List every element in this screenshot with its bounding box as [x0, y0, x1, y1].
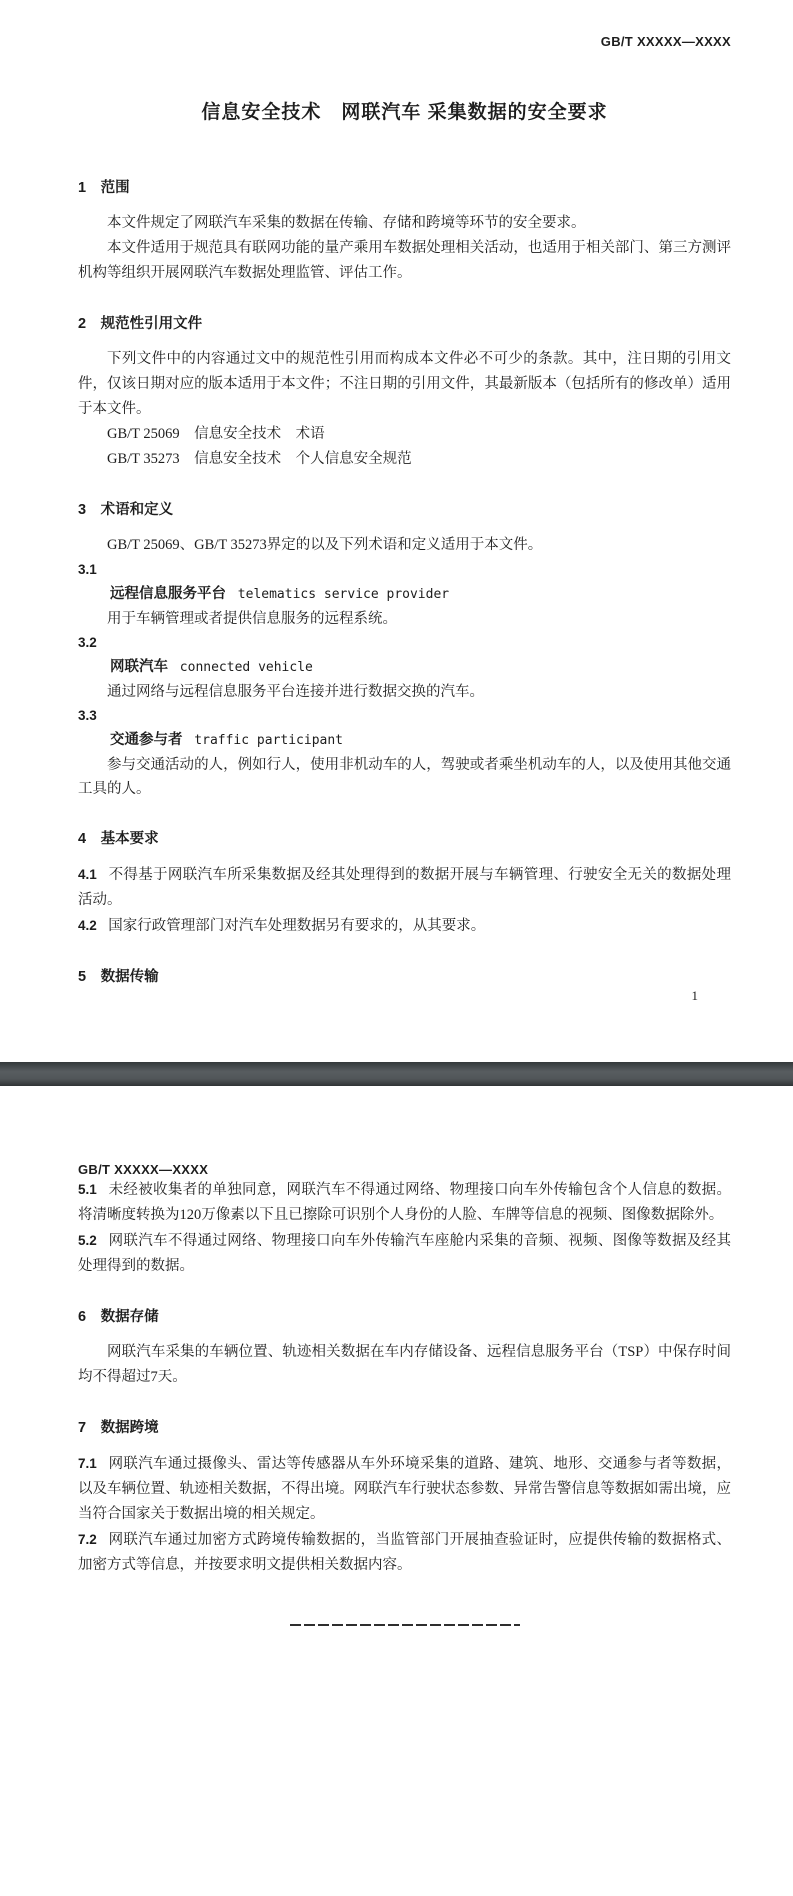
clause-5-2: 5.2网联汽车不得通过网络、物理接口向车外传输汽车座舱内采集的音频、视频、图像等… [78, 1228, 731, 1279]
term-3-1-number: 3.1 [78, 558, 731, 582]
section-3-intro: GB/T 25069、GB/T 35273界定的以及下列术语和定义适用于本文件。 [78, 533, 731, 558]
section-4-heading: 4 基本要求 [78, 827, 731, 848]
clause-7-1: 7.1网联汽车通过摄像头、雷达等传感器从车外环境采集的道路、建筑、地形、交通参与… [78, 1451, 731, 1527]
term-3-1-definition: 用于车辆管理或者提供信息服务的远程系统。 [78, 607, 731, 631]
term-3-2-name-zh: 网联汽车 [110, 659, 168, 675]
document-page-2: GB/T XXXXX—XXXX 5.1未经被收集者的单独同意，网联汽车不得通过网… [0, 1086, 793, 1896]
clause-4-1-text: 不得基于网联汽车所采集数据及经其处理得到的数据开展与车辆管理、行驶安全无关的数据… [78, 867, 731, 908]
clause-7-2-text: 网联汽车通过加密方式跨境传输数据的，当监管部门开展抽查验证时，应提供传输的数据格… [78, 1532, 731, 1573]
term-3-3-name-zh: 交通参与者 [110, 732, 183, 748]
term-3-2-number: 3.2 [78, 631, 731, 655]
term-3-3-name-en: traffic participant [194, 733, 343, 748]
clause-5-2-text: 网联汽车不得通过网络、物理接口向车外传输汽车座舱内采集的音频、视频、图像等数据及… [78, 1233, 731, 1274]
page-separator-band [0, 1062, 793, 1086]
clause-4-2-text: 国家行政管理部门对汽车处理数据另有要求的，从其要求。 [108, 918, 485, 934]
term-3-1-name: 远程信息服务平台 telematics service provider [110, 582, 731, 607]
term-3-3-number: 3.3 [78, 704, 731, 728]
section-3-heading: 3 术语和定义 [78, 498, 731, 519]
end-of-document-rule [290, 1624, 520, 1626]
clause-5-1: 5.1未经被收集者的单独同意，网联汽车不得通过网络、物理接口向车外传输包含个人信… [78, 1177, 731, 1228]
normative-reference-2: GB/T 35273 信息安全技术 个人信息安全规范 [107, 447, 731, 472]
section-1-paragraph-2: 本文件适用于规范具有联网功能的量产乘用车数据处理相关活动，也适用于相关部门、第三… [78, 236, 731, 286]
clause-7-2: 7.2网联汽车通过加密方式跨境传输数据的，当监管部门开展抽查验证时，应提供传输的… [78, 1527, 731, 1578]
clause-4-2-number: 4.2 [78, 918, 97, 933]
section-2-heading: 2 规范性引用文件 [78, 312, 731, 333]
page2-header-standard-number: GB/T XXXXX—XXXX [78, 1086, 731, 1177]
pdf-viewer: GB/T XXXXX—XXXX 信息安全技术 网联汽车 采集数据的安全要求 1 … [0, 0, 793, 1896]
term-3-2-name-en: connected vehicle [180, 660, 313, 675]
section-6-paragraph-1: 网联汽车采集的车辆位置、轨迹相关数据在车内存储设备、远程信息服务平台（TSP）中… [78, 1340, 731, 1390]
clause-4-1-number: 4.1 [78, 867, 97, 882]
term-3-3-name: 交通参与者 traffic participant [110, 728, 731, 753]
clause-7-1-number: 7.1 [78, 1456, 97, 1471]
clause-7-2-number: 7.2 [78, 1532, 97, 1547]
section-1-heading: 1 范围 [78, 176, 731, 197]
section-2-paragraph-1: 下列文件中的内容通过文中的规范性引用而构成本文件必不可少的条款。其中，注日期的引… [78, 347, 731, 422]
clause-5-1-number: 5.1 [78, 1182, 97, 1197]
clause-5-1-text: 未经被收集者的单独同意，网联汽车不得通过网络、物理接口向车外传输包含个人信息的数… [78, 1182, 731, 1223]
term-3-1-name-zh: 远程信息服务平台 [110, 586, 226, 602]
clause-7-1-text: 网联汽车通过摄像头、雷达等传感器从车外环境采集的道路、建筑、地形、交通参与者等数… [78, 1456, 731, 1522]
clause-4-1: 4.1不得基于网联汽车所采集数据及经其处理得到的数据开展与车辆管理、行驶安全无关… [78, 862, 731, 913]
term-3-2-definition: 通过网络与远程信息服务平台连接并进行数据交换的汽车。 [78, 680, 731, 704]
document-title: 信息安全技术 网联汽车 采集数据的安全要求 [78, 97, 731, 124]
clause-4-2: 4.2国家行政管理部门对汽车处理数据另有要求的，从其要求。 [78, 913, 731, 939]
page1-header-standard-number: GB/T XXXXX—XXXX [78, 0, 731, 49]
term-3-2-name: 网联汽车 connected vehicle [110, 655, 731, 680]
section-6-heading: 6 数据存储 [78, 1305, 731, 1326]
clause-5-2-number: 5.2 [78, 1233, 97, 1248]
normative-reference-1: GB/T 25069 信息安全技术 术语 [107, 422, 731, 447]
document-page-1: GB/T XXXXX—XXXX 信息安全技术 网联汽车 采集数据的安全要求 1 … [0, 0, 793, 1062]
section-1-paragraph-1: 本文件规定了网联汽车采集的数据在传输、存储和跨境等环节的安全要求。 [78, 211, 731, 236]
page1-page-number: 1 [692, 988, 699, 1004]
section-5-heading: 5 数据传输 [78, 965, 731, 986]
term-3-1-name-en: telematics service provider [238, 587, 449, 602]
section-7-heading: 7 数据跨境 [78, 1416, 731, 1437]
term-3-3-definition: 参与交通活动的人，例如行人，使用非机动车的人，驾驶或者乘坐机动车的人，以及使用其… [78, 753, 731, 801]
